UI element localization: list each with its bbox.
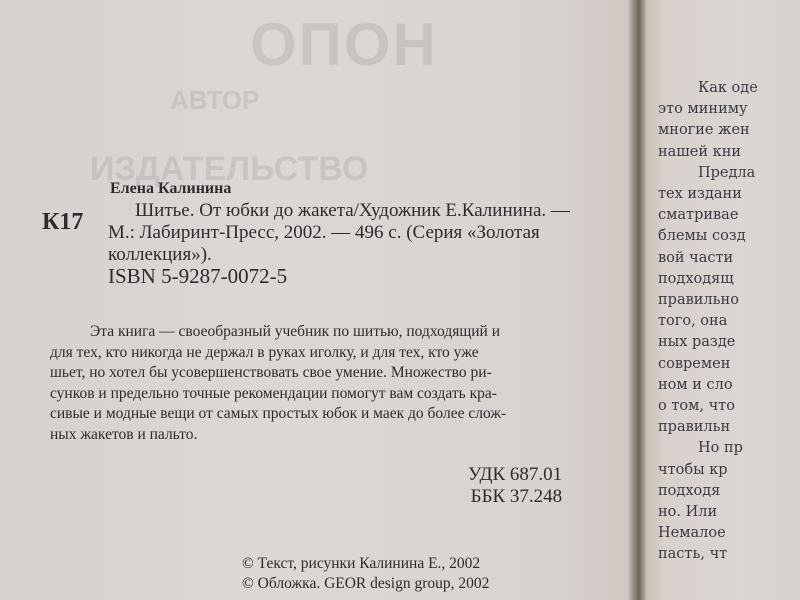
right-page-line: ных разде xyxy=(658,332,758,353)
author-name: Елена Калинина xyxy=(110,180,231,198)
right-page-line: многие жен xyxy=(658,120,758,141)
right-page-line: современ xyxy=(658,354,758,375)
annotation-line: Эта книга — своеобразный учебник по шить… xyxy=(50,322,577,343)
right-page-text: Как одеэто минимумногие женнашей книПред… xyxy=(658,78,758,566)
right-page-line: правильн xyxy=(658,417,758,438)
udk-index: УДК 687.01 xyxy=(468,464,562,486)
right-page-line: правильно xyxy=(658,290,758,311)
isbn: ISBN 5-9287-0072-5 xyxy=(108,264,287,289)
right-page-line: о том, что xyxy=(658,396,758,417)
right-page-line: чтобы кр xyxy=(658,460,758,481)
biblio-line: М.: Лабиринт-Пресс, 2002. — 496 с. (Сери… xyxy=(108,222,628,244)
annotation-line: шьет, но хотел бы усовершенствовать свое… xyxy=(50,363,577,384)
bbk-index: ББК 37.248 xyxy=(468,486,562,508)
classification-indices: УДК 687.01 ББК 37.248 xyxy=(468,464,562,508)
right-page-line: Предла xyxy=(658,163,758,184)
annotation-line: ных жакетов и пальто. xyxy=(50,425,577,446)
annotation-line: сунков и предельно точные рекомендации п… xyxy=(50,384,577,405)
right-page-line: Немалое xyxy=(658,523,758,544)
left-page: ОПОН АВТОР ИЗДАТЕЛЬСТВО Елена Калинина К… xyxy=(0,0,640,600)
right-page-line: тех издани xyxy=(658,184,758,205)
book-gutter xyxy=(628,0,648,600)
bleed-through-text: ОПОН xyxy=(250,10,438,79)
biblio-line: Шитье. От юбки до жакета/Художник Е.Кали… xyxy=(108,200,628,222)
right-page: Как одеэто минимумногие женнашей книПред… xyxy=(646,0,800,600)
right-page-line: но. Или xyxy=(658,502,758,523)
right-page-line: это миниму xyxy=(658,99,758,120)
right-page-line: ном и сло xyxy=(658,375,758,396)
copyright-block: © Текст, рисунки Калинина Е., 2002 © Обл… xyxy=(242,554,489,594)
right-page-line: подходящ xyxy=(658,269,758,290)
copyright-line: © Обложка. GEOR design group, 2002 xyxy=(242,574,489,594)
bleed-through-text: АВТОР xyxy=(170,85,259,116)
right-page-line: вой части xyxy=(658,248,758,269)
copyright-line: © Текст, рисунки Калинина Е., 2002 xyxy=(242,554,489,574)
right-page-line: сматривае xyxy=(658,205,758,226)
annotation-line: для тех, кто никогда не держал в руках и… xyxy=(50,343,577,364)
right-page-line: блемы созд xyxy=(658,226,758,247)
right-page-line: Как оде xyxy=(658,78,758,99)
annotation: Эта книга — своеобразный учебник по шить… xyxy=(50,322,577,445)
right-page-line: пасть, чт xyxy=(658,544,758,565)
classification-code: К17 xyxy=(42,209,83,236)
right-page-line: Но пр xyxy=(658,438,758,459)
right-page-line: нашей кни xyxy=(658,142,758,163)
bibliographic-record: Шитье. От юбки до жакета/Художник Е.Кали… xyxy=(108,200,628,266)
annotation-line: сивые и модные вещи от самых простых юбо… xyxy=(50,404,577,425)
right-page-line: подходя xyxy=(658,481,758,502)
biblio-line: коллекция»). xyxy=(108,244,628,266)
right-page-line: того, она xyxy=(658,311,758,332)
